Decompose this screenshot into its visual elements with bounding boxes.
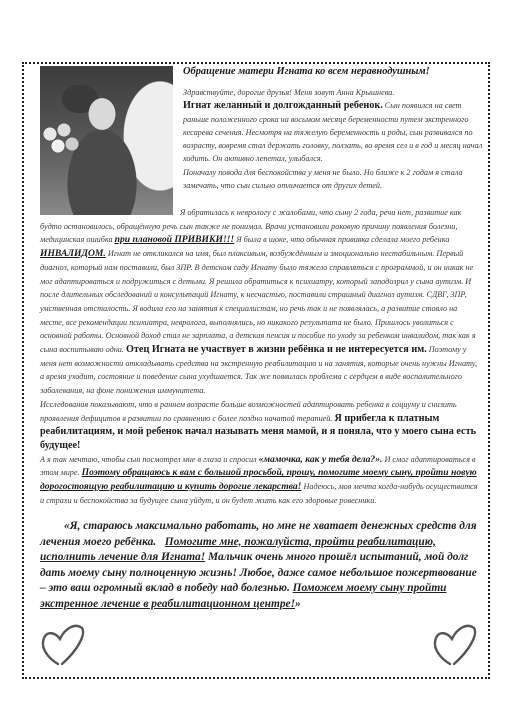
heart-icon [432, 624, 478, 666]
greeting-text: Здравствуйте, дорогие друзья! Меня зовут… [183, 88, 394, 97]
invalid-emphasis: ИНВАЛИДОМ. [40, 248, 106, 259]
intro-text-2: Поначалу повода для беспокойства у меня … [183, 168, 463, 190]
intro-paragraph: Здравствуйте, дорогие друзья! Меня зовут… [183, 86, 483, 192]
closing-part-5: » [295, 598, 301, 610]
main-body: Я обратилась к неврологу с жалобами, что… [40, 206, 480, 507]
intro-emphasis: Игнат желанный и долгожданный ребенок. [183, 100, 383, 111]
body-p1-end: Игнат не откликался на имя, был плаксивы… [40, 249, 476, 354]
body-p1-mid: Я была в шоке, что обычная прививка сдел… [234, 235, 449, 244]
heart-icon [40, 624, 86, 666]
vaccine-emphasis: при плановой ПРИВИКИ!!! [115, 234, 235, 245]
child-photo [40, 66, 173, 215]
body-p3-start: А я так мечтаю, чтобы сын посмотрел мне … [40, 455, 259, 464]
father-emphasis: Отец Игната не участвует в жизни ребёнка… [126, 344, 427, 355]
closing-appeal: «Я, стараюсь максимально работать, но мн… [40, 519, 480, 613]
document-title: Обращение матери Игната ко всем неравнод… [183, 66, 483, 77]
body-p3-quote: «мамочка, как у тебя дела?». [259, 454, 383, 465]
